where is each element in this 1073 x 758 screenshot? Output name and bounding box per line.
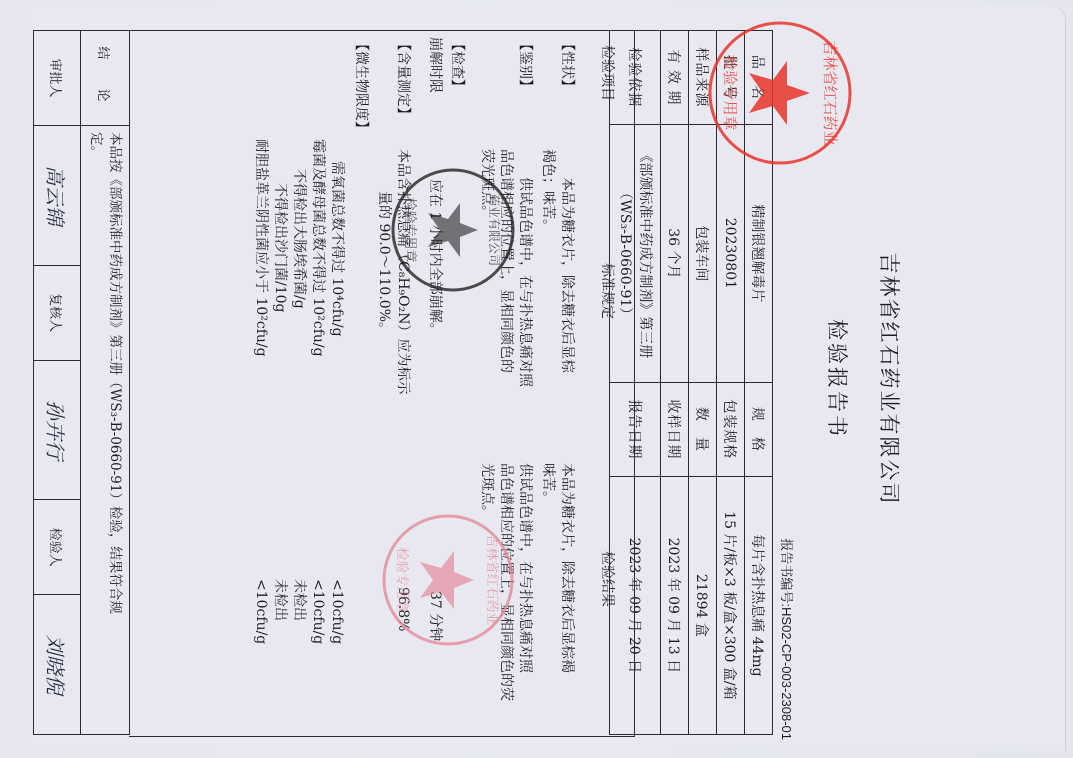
appearance-standard-line-1: 本品为糖衣片，除去糖衣后显棕: [557, 149, 576, 373]
assay-standard-line-2: 量的 90.0～110.0%。: [374, 149, 393, 395]
inspector-label: 检验人: [34, 500, 81, 595]
appearance-result-line-2: 味苦。: [538, 463, 557, 673]
appearance-label: 【性状】: [557, 37, 576, 93]
disintegration-label: 崩解时限: [425, 37, 444, 93]
batch-label: 批 号: [717, 31, 745, 125]
microbial-result-1: <10cfu/g: [327, 579, 346, 644]
conclusion-label: 结 论: [81, 31, 130, 126]
identification-standard: 供试品色谱中，在与扑热息痛对照 品色谱相应的位置上，显相同颜色的 荧光斑点。: [477, 149, 534, 387]
conclusion-table: 结 论 本品按《部颁标准中药成方制剂》第三册（WS₃-B-0660-91）检验，…: [33, 30, 130, 735]
inspection-report-page: 吉林省红石药业有限公司 检验报告书 报告书编号:HS02-CP-003-2308…: [0, 0, 1073, 758]
appearance-standard-line-2: 褐色；味苦。: [538, 149, 557, 373]
microbial-standard-2: 霉菌及酵母菌总数不得过 10²cfu/g: [308, 139, 327, 439]
document-title: 检验报告书: [823, 0, 853, 758]
conclusion-line-2: 定。: [86, 132, 105, 728]
conclusion-text: 本品按《部颁标准中药成方制剂》第三册（WS₃-B-0660-91）检验，结果符合…: [81, 126, 130, 735]
info-row: 有 效 期 36 个月 收样日期 2023 年 09 月 13 日: [661, 31, 689, 735]
spec-value: 每片含扑热息痛 44mg: [745, 476, 773, 734]
validity-value: 36 个月: [661, 124, 689, 382]
approver-label: 审批人: [34, 31, 81, 126]
microbial-result-5: <10cfu/g: [251, 579, 270, 644]
test-results-section: 检验项目 标准规定 检验结果 【性状】 本品为糖衣片，除去糖衣后显棕 褐色；味苦…: [129, 30, 635, 737]
company-name: 吉林省红石药业有限公司: [875, 0, 905, 758]
identification-result-line-3: 光斑点。: [477, 463, 496, 701]
info-row: 品 名 精制银翘解毒片 规 格 每片含扑热息痛 44mg: [745, 31, 773, 735]
microbial-result-3: 未检出: [289, 579, 308, 644]
source-value: 包装车间: [689, 124, 717, 382]
identification-standard-line-3: 荧光斑点。: [477, 149, 496, 387]
microbial-standard-4: 不得检出沙门菌/10g: [270, 139, 289, 439]
inspector-signature: 刘晓倪: [34, 595, 81, 735]
quantity-value: 21894 盒: [689, 476, 717, 734]
package-label: 包装规格: [717, 382, 745, 476]
microbial-result-4: 未检出: [270, 579, 289, 644]
identification-label: 【鉴别】: [515, 37, 534, 93]
batch-value: 20230801: [717, 124, 745, 382]
assay-standard: 本品含扑热息痛（C₈H₉O₂N）应为标示 量的 90.0～110.0%。: [374, 149, 412, 395]
identification-standard-line-1: 供试品色谱中，在与扑热息痛对照: [515, 149, 534, 387]
appearance-result: 本品为糖衣片，除去糖衣后显棕褐 味苦。: [538, 463, 576, 673]
info-row: 样品来源 包装车间 数 量 21894 盒: [689, 31, 717, 735]
microbial-standard-3: 不得检出大肠埃希菌/g: [289, 139, 308, 439]
report-number-label: 报告书编号:: [779, 538, 794, 607]
report-number-value: HS02-CP-003-2308-01: [779, 607, 794, 740]
conclusion-row: 结 论 本品按《部颁标准中药成方制剂》第三册（WS₃-B-0660-91）检验，…: [81, 31, 130, 735]
assay-standard-line-1: 本品含扑热息痛（C₈H₉O₂N）应为标示: [393, 149, 412, 395]
identification-standard-line-2: 品色谱相应的位置上，显相同颜色的: [496, 149, 515, 387]
microbial-results: <10cfu/g <10cfu/g 未检出 未检出 <10cfu/g: [251, 579, 346, 644]
header-result: 检验结果: [598, 551, 618, 607]
report-number: 报告书编号:HS02-CP-003-2308-01: [778, 350, 797, 740]
basis-line-1: 《部颁标准中药成方制剂》第三册: [635, 131, 655, 376]
microbial-label: 【微生物限度】: [351, 37, 370, 135]
approver-signature: 高云锦: [34, 126, 81, 266]
microbial-standard-5: 耐胆盐革兰阴性菌应小于 10²cfu/g: [251, 139, 270, 439]
identification-result: 供试品色谱中，在与扑热息痛对照 品色谱相应的位置上，显相同颜色的荧 光斑点。: [477, 463, 534, 701]
signature-row: 审批人 高云锦 复核人 孙卉行 检验人 刘晓倪: [34, 31, 81, 735]
source-label: 样品来源: [689, 31, 717, 125]
microbial-standard-1: 需氧菌总数不得过 10⁴cfu/g: [327, 139, 346, 439]
assay-result: 96.8%: [393, 587, 412, 631]
received-label: 收样日期: [661, 382, 689, 476]
header-test-item: 检验项目: [598, 45, 618, 101]
appearance-standard: 本品为糖衣片，除去糖衣后显棕 褐色；味苦。: [538, 149, 576, 373]
inspection-label: 【检查】: [447, 37, 466, 93]
microbial-result-2: <10cfu/g: [308, 579, 327, 644]
quantity-label: 数 量: [689, 382, 717, 476]
identification-result-line-1: 供试品色谱中，在与扑热息痛对照: [515, 463, 534, 701]
reviewer-signature: 孙卉行: [34, 360, 81, 500]
package-value: 15 片/板×3 板/盒×300 盒/箱: [717, 476, 745, 734]
appearance-result-line-1: 本品为糖衣片，除去糖衣后显棕褐: [557, 463, 576, 673]
received-value: 2023 年 09 月 13 日: [661, 476, 689, 734]
spec-label: 规 格: [745, 382, 773, 476]
disintegration-result: 37 分钟: [425, 591, 444, 641]
validity-label: 有 效 期: [661, 31, 689, 125]
info-row: 批 号 20230801 包装规格 15 片/板×3 板/盒×300 盒/箱: [717, 31, 745, 735]
conclusion-line-1: 本品按《部颁标准中药成方制剂》第三册（WS₃-B-0660-91）检验，结果符合…: [105, 132, 124, 728]
product-name-label: 品 名: [745, 31, 773, 125]
assay-label: 【含量测定】: [393, 37, 412, 121]
disintegration-standard: 应在 1 小时内全部崩解。: [425, 179, 444, 337]
identification-result-line-2: 品色谱相应的位置上，显相同颜色的荧: [496, 463, 515, 701]
header-standard: 标准规定: [598, 263, 618, 319]
product-name-value: 精制银翘解毒片: [745, 124, 773, 382]
reviewer-label: 复核人: [34, 265, 81, 360]
microbial-standards: 需氧菌总数不得过 10⁴cfu/g 霉菌及酵母菌总数不得过 10²cfu/g 不…: [251, 139, 346, 439]
